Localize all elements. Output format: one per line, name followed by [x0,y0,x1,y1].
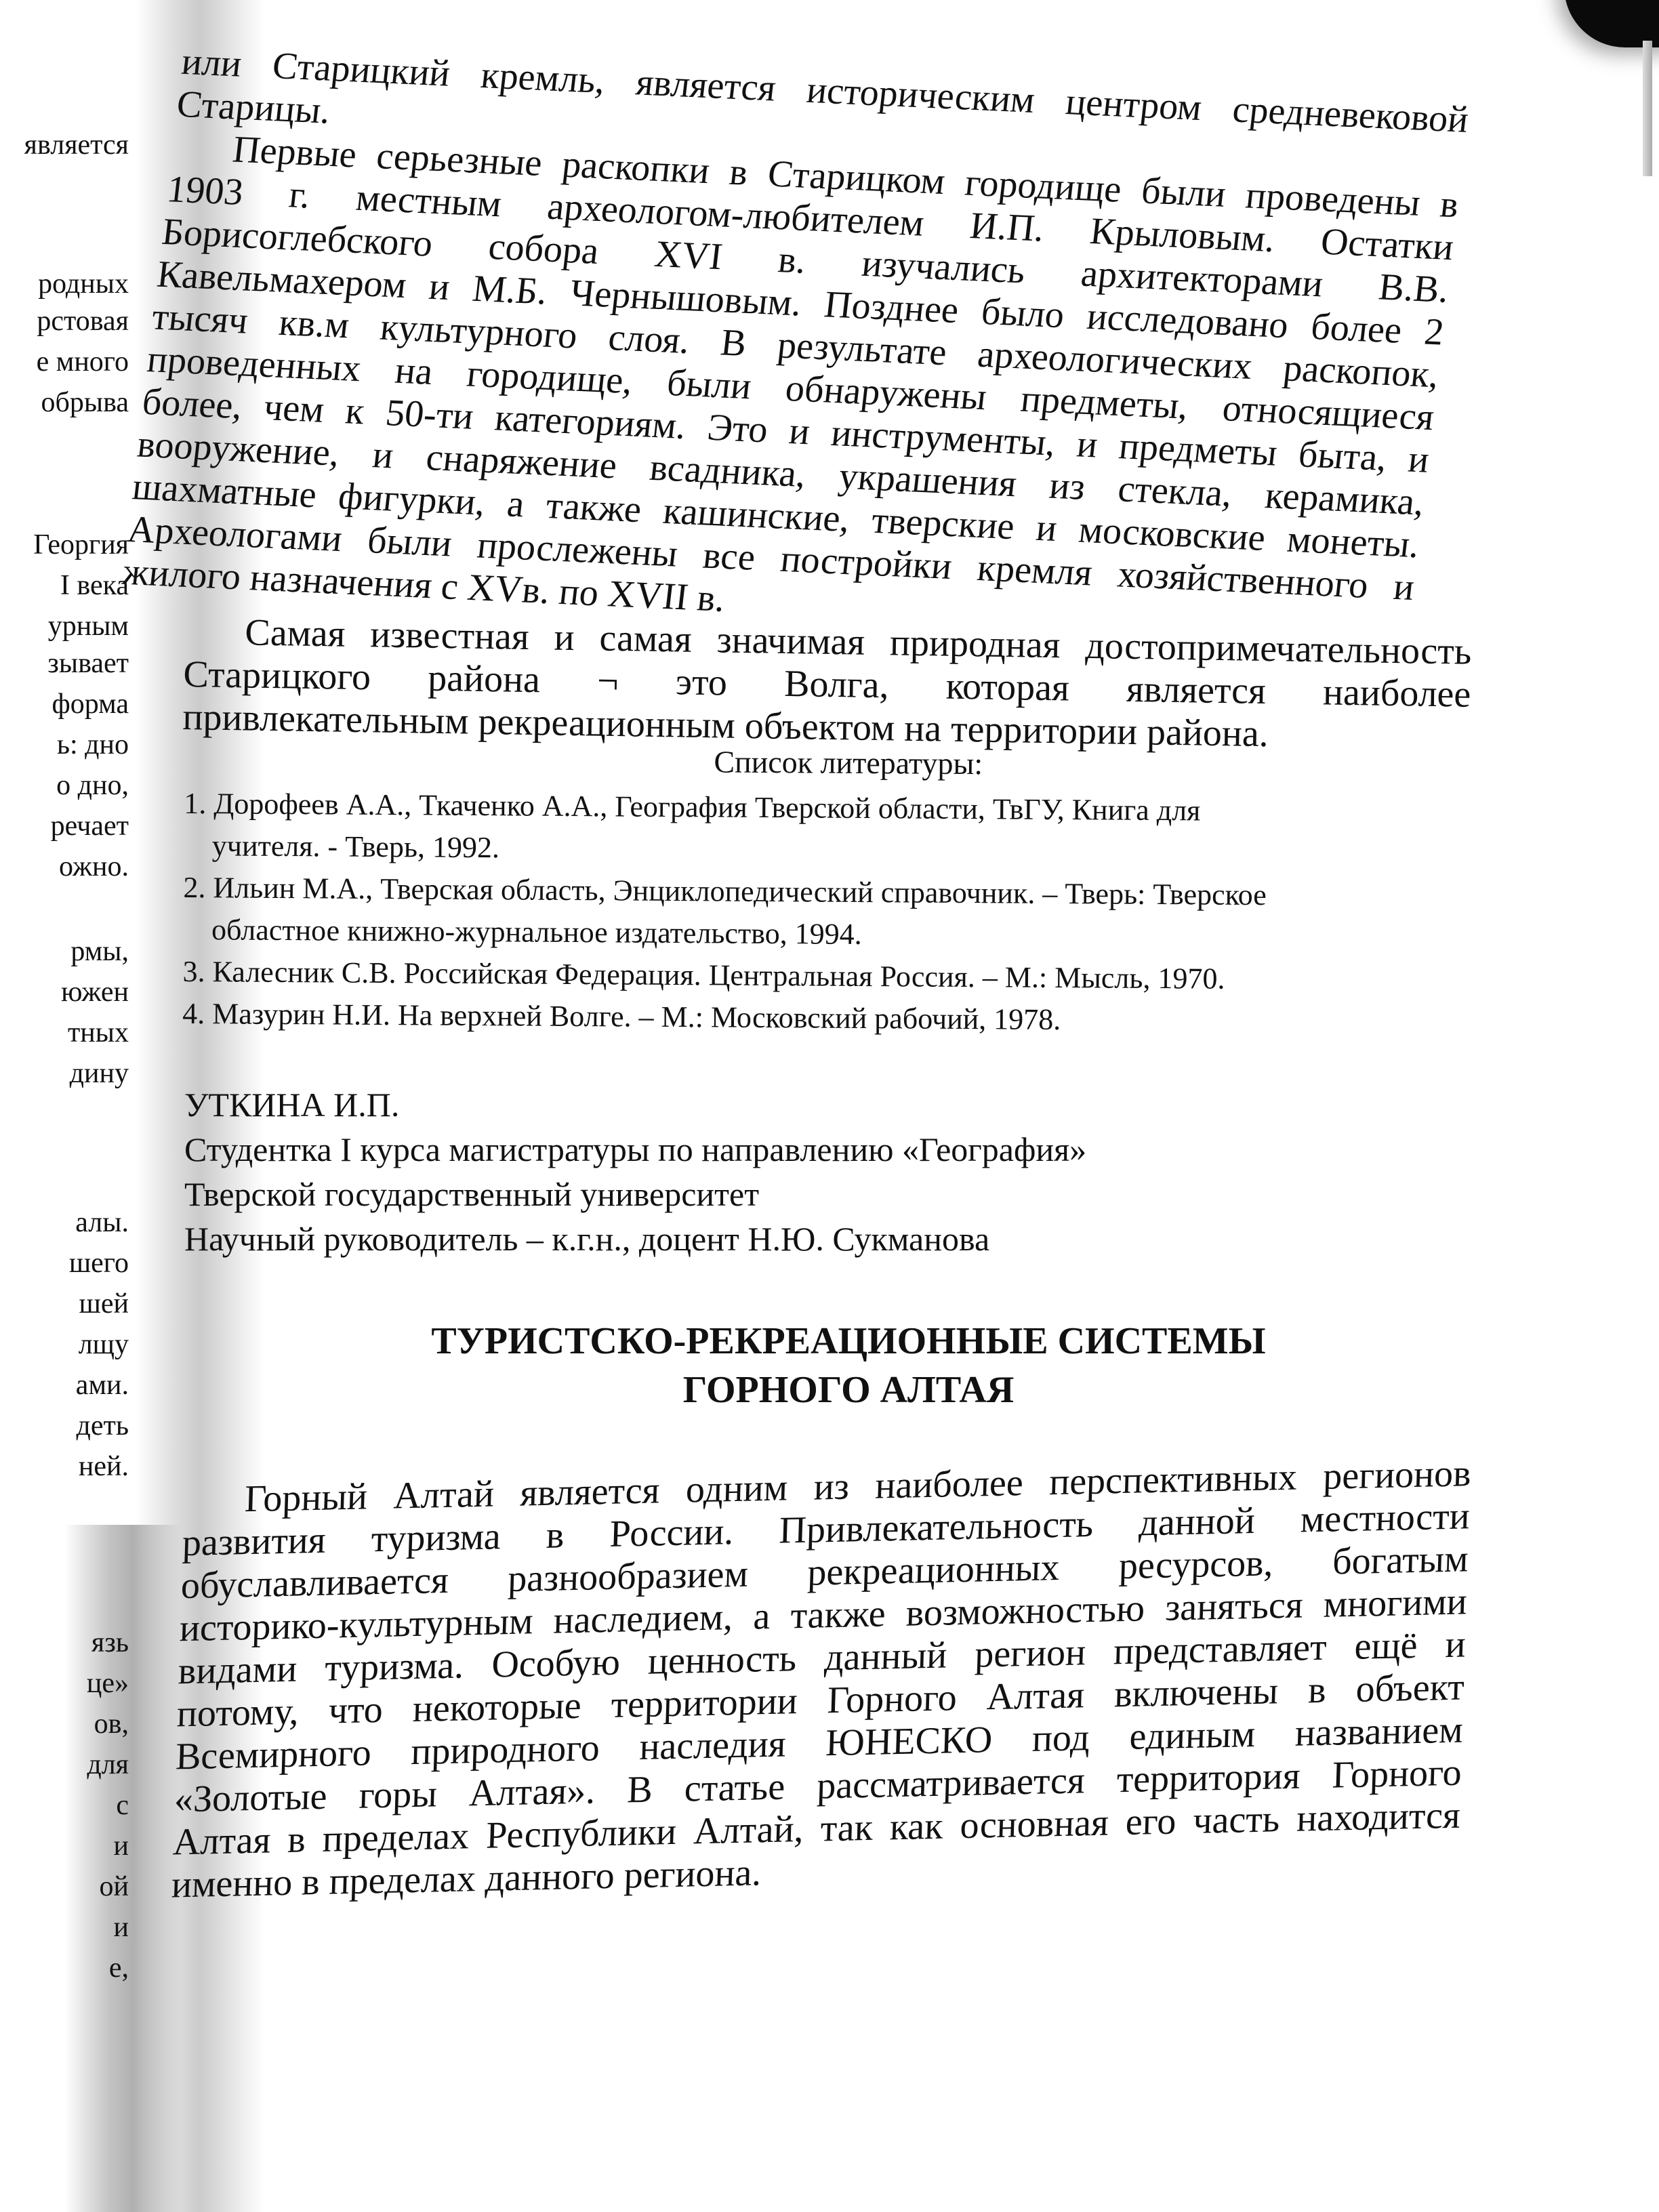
author-status: Студентка I курса магистратуры по направ… [184,1127,1472,1172]
page-edge [1643,41,1652,176]
previous-page-fragment: родных [38,268,129,300]
reference-text: Мазурин Н.И. На верхней Волге. – М.: Мос… [212,997,1061,1036]
reference-item: 2. Ильин М.А., Тверская область, Энцикло… [183,867,1471,960]
previous-page-fragment: це» [87,1667,129,1700]
article2-abstract: Горный Алтай является одним из наиболее … [171,1452,1471,1906]
reference-item: 1. Дорофеев А.А., Ткаченко А.А., Географ… [184,783,1472,876]
article-title: ТУРИСТСКО-РЕКРЕАЦИОННЫЕ СИСТЕМЫ ГОРНОГО … [184,1317,1472,1414]
previous-page-fragment: дину [70,1057,129,1090]
reference-text: Калесник С.В. Российская Федерация. Цент… [212,955,1225,995]
previous-page-fragment: урным [48,610,129,642]
reference-number: 3. [182,955,205,988]
previous-page-fragment: о дно, [56,769,129,802]
previous-page-fragment: шей [79,1288,129,1320]
previous-page-fragment: ожно. [59,851,129,883]
author-supervisor: Научный руководитель – к.г.н., доцент Н.… [184,1216,1472,1261]
reference-number: 2. [183,871,205,904]
paragraph-abstract: Горный Алтай является одним из наиболее … [171,1452,1471,1906]
article-title-line1: ТУРИСТСКО-РЕКРЕАЦИОННЫЕ СИСТЕМЫ [225,1317,1472,1366]
article-title-line2: ГОРНОГО АЛТАЯ [225,1366,1472,1414]
previous-page-fragment: является [24,129,129,161]
previous-page-fragment: е, [109,1952,129,1984]
previous-page-fragment: тных [68,1017,129,1049]
article1-volga: Самая известная и самая значимая природн… [182,611,1472,759]
previous-page-fragment: с [116,1789,129,1822]
reference-number: 4. [182,997,205,1030]
previous-page-fragment: для [87,1748,129,1781]
previous-page-fragment: ь: дно [57,729,129,761]
previous-page-fragment: и [114,1911,129,1944]
previous-page-fragment: ней. [79,1450,129,1483]
previous-page-fragment: деть [76,1410,129,1442]
previous-page-fragment: рстовая [37,305,129,337]
previous-page-fragment: ами. [76,1369,129,1401]
previous-page-fragment: ов, [94,1708,129,1740]
previous-page-fragment: обрыва [41,386,129,419]
references-list: 1. Дорофеев А.А., Ткаченко А.А., Географ… [182,783,1472,1044]
previous-page-fragment: язь [91,1626,129,1659]
previous-page-fragment: южен [61,976,129,1008]
reference-number: 1. [184,787,206,820]
previous-page-fragment: шего [69,1247,129,1279]
previous-page-fragment: алы. [75,1206,129,1239]
previous-page-fragments: являетсяродныхрстоваяе многообрываГеорги… [0,0,129,2212]
reference-text: Дорофеев А.А., Ткаченко А.А., География … [213,787,1200,827]
previous-page-fragment: речает [51,810,129,842]
reference-text: Ильин М.А., Тверская область, Энциклопед… [213,871,1267,912]
author-name: УТКИНА И.П. [184,1082,1472,1127]
previous-page-fragment: рмы, [70,935,129,968]
previous-page-fragment: и [114,1830,129,1862]
previous-page-fragment: е много [37,346,129,378]
article1-intro: или Старицкий кремль, является историчес… [121,41,1471,652]
previous-page-fragment: ой [100,1870,129,1903]
author-block: УТКИНА И.П. Студентка I курса магистрату… [184,1082,1472,1261]
paragraph-excavations: Первые серьезные раскопки в Старицком го… [121,125,1461,651]
previous-page-fragment: I века [60,569,129,602]
paragraph-volga: Самая известная и самая значимая природн… [182,611,1472,759]
previous-page-fragment: лщу [79,1328,129,1361]
document-page: или Старицкий кремль, является историчес… [184,41,1472,1906]
references-section: Список литературы: 1. Дорофеев А.А., Тка… [182,740,1472,1044]
previous-page-fragment: форма [52,688,129,720]
reference-item: 4. Мазурин Н.И. На верхней Волге. – М.: … [182,993,1470,1044]
previous-page-fragment: Георгия [33,529,129,561]
previous-page-fragment: зывает [47,647,129,680]
author-university: Тверской государственный университет [184,1172,1472,1216]
